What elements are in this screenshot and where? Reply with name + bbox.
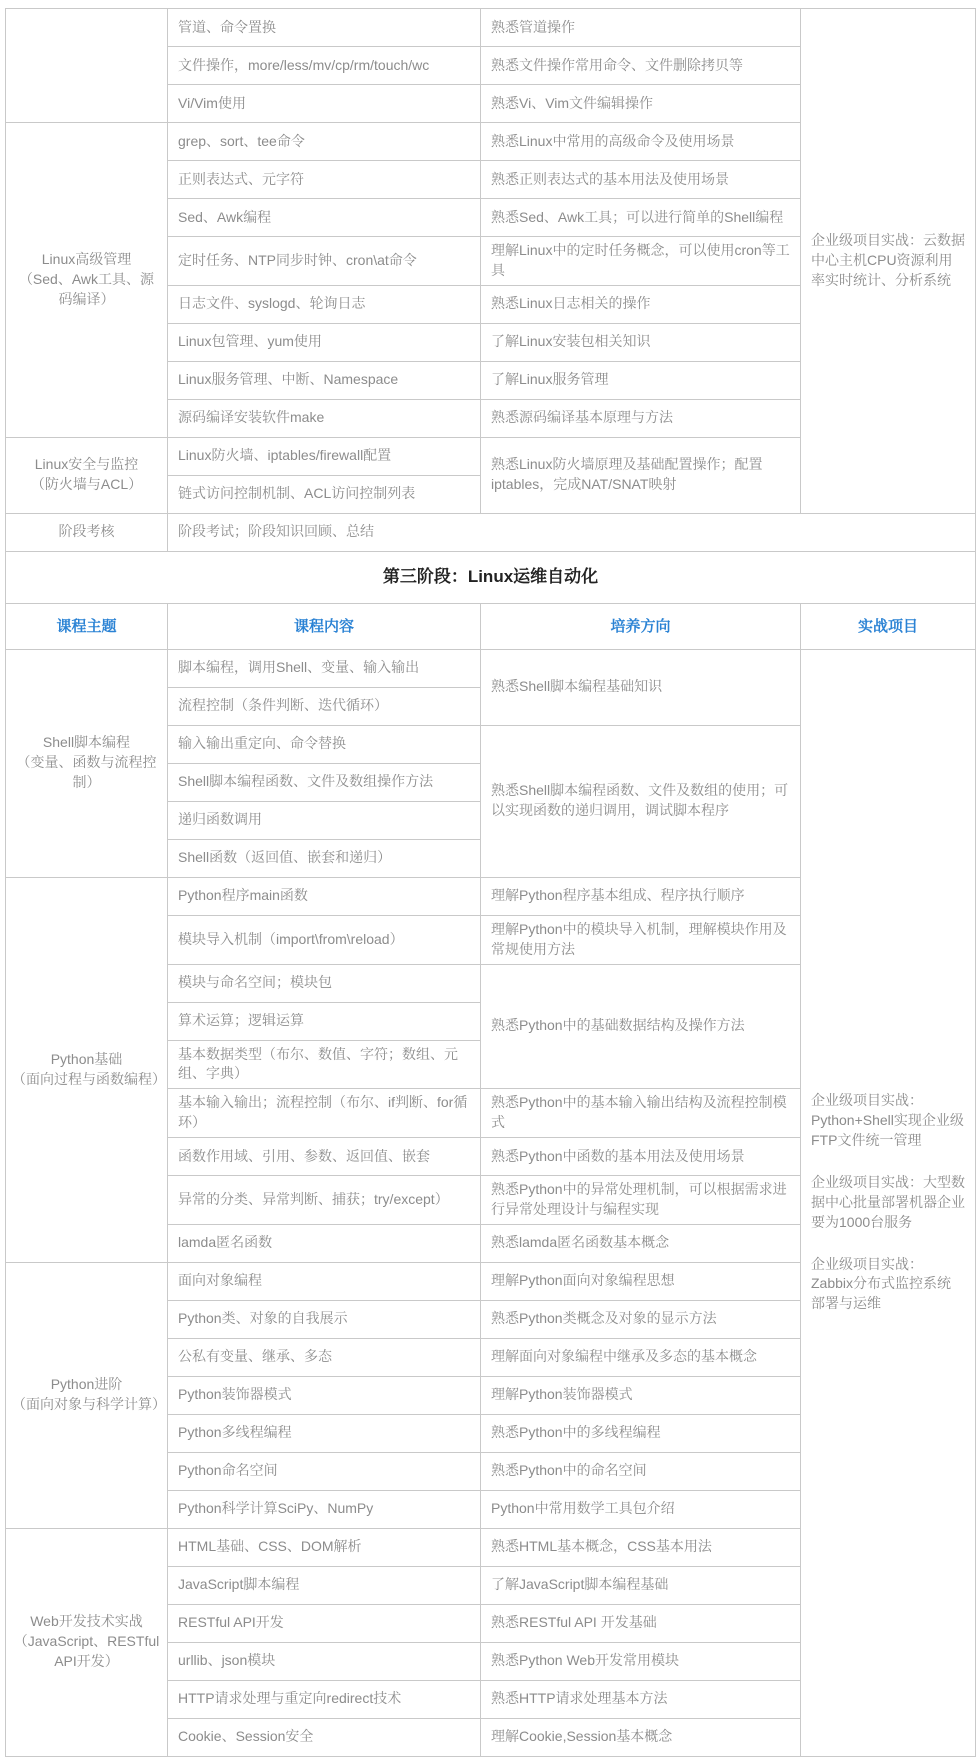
content-cell: urllib、json模块	[168, 1642, 481, 1680]
direction-cell: 熟悉RESTful API 开发基础	[481, 1604, 801, 1642]
direction-cell: 熟悉Linux日志相关的操作	[481, 285, 801, 323]
content-cell: 模块与命名空间；模块包	[168, 964, 481, 1002]
content-cell: Python程序main函数	[168, 877, 481, 915]
content-cell: 基本输入输出；流程控制（布尔、if判断、for循环）	[168, 1089, 481, 1138]
project-item: 企业级项目实战：大型数据中心批量部署机器企业要为1000台服务	[811, 1173, 965, 1233]
direction-cell: 熟悉Linux中常用的高级命令及使用场景	[481, 123, 801, 161]
project-item: 企业级项目实战：Python+Shell实现企业级FTP文件统一管理	[811, 1091, 965, 1151]
content-cell: Python装饰器模式	[168, 1376, 481, 1414]
direction-cell: 熟悉Python中的基础数据结构及操作方法	[481, 964, 801, 1089]
column-header-content: 课程内容	[168, 603, 481, 649]
direction-cell: 熟悉Linux防火墙原理及基础配置操作；配置iptables，完成NAT/SNA…	[481, 437, 801, 513]
content-cell: 输入输出重定向、命令替换	[168, 725, 481, 763]
topic-name: Shell脚本编程	[12, 733, 161, 753]
column-header-topic: 课程主题	[6, 603, 168, 649]
direction-cell: 熟悉Python中的多线程编程	[481, 1414, 801, 1452]
direction-cell: 熟悉源码编译基本原理与方法	[481, 399, 801, 437]
topic-name: Linux高级管理	[12, 250, 161, 270]
topic-sub: （防火墙与ACL）	[12, 475, 161, 495]
topic-name: Web开发技术实战	[12, 1612, 161, 1632]
topic-cell: Python基础（面向过程与函数编程）	[6, 877, 168, 1262]
stage-title: 第三阶段：Linux运维自动化	[6, 551, 976, 603]
topic-cell: Python进阶（面向对象与科学计算）	[6, 1262, 168, 1528]
content-cell: RESTful API开发	[168, 1604, 481, 1642]
content-cell: 面向对象编程	[168, 1262, 481, 1300]
direction-cell: 熟悉Python Web开发常用模块	[481, 1642, 801, 1680]
topic-cell: Linux高级管理（Sed、Awk工具、源码编译）	[6, 123, 168, 438]
direction-cell: 理解Python中的模块导入机制，理解模块作用及常规使用方法	[481, 915, 801, 964]
column-header-direction: 培养方向	[481, 603, 801, 649]
topic-sub: （Sed、Awk工具、源码编译）	[12, 270, 161, 310]
topic-cell: Web开发技术实战（JavaScript、RESTful API开发）	[6, 1528, 168, 1756]
direction-cell: 理解面向对象编程中继承及多态的基本概念	[481, 1338, 801, 1376]
assessment-topic-cell: 阶段考核	[6, 513, 168, 551]
content-cell: Python类、对象的自我展示	[168, 1300, 481, 1338]
content-cell: 脚本编程，调用Shell、变量、输入输出	[168, 649, 481, 687]
content-cell: HTML基础、CSS、DOM解析	[168, 1528, 481, 1566]
content-cell: 流程控制（条件判断、迭代循环）	[168, 687, 481, 725]
direction-cell: 理解Cookie,Session基本概念	[481, 1718, 801, 1756]
content-cell: 算术运算；逻辑运算	[168, 1002, 481, 1040]
content-cell: 定时任务、NTP同步时钟、cron\at命令	[168, 237, 481, 286]
direction-cell: 了解Linux服务管理	[481, 361, 801, 399]
content-cell: Vi/Vim使用	[168, 85, 481, 123]
content-cell: Cookie、Session安全	[168, 1718, 481, 1756]
direction-cell: 熟悉Python中函数的基本用法及使用场景	[481, 1138, 801, 1176]
direction-cell: 熟悉Shell脚本编程函数、文件及数组的使用；可以实现函数的递归调用，调试脚本程…	[481, 725, 801, 877]
topic-name: Linux安全与监控	[12, 455, 161, 475]
column-header-row: 课程主题课程内容培养方向实战项目	[6, 603, 976, 649]
direction-cell: 熟悉Shell脚本编程基础知识	[481, 649, 801, 725]
direction-cell: 理解Python程序基本组成、程序执行顺序	[481, 877, 801, 915]
direction-cell: 理解Python装饰器模式	[481, 1376, 801, 1414]
content-cell: 源码编译安装软件make	[168, 399, 481, 437]
assessment-row: 阶段考核阶段考试；阶段知识回顾、总结	[6, 513, 976, 551]
content-cell: Python科学计算SciPy、NumPy	[168, 1490, 481, 1528]
direction-cell: 理解Linux中的定时任务概念，可以使用cron等工具	[481, 237, 801, 286]
assessment-content-cell: 阶段考试；阶段知识回顾、总结	[168, 513, 976, 551]
direction-cell: 了解Linux安装包相关知识	[481, 323, 801, 361]
content-cell: grep、sort、tee命令	[168, 123, 481, 161]
direction-cell: 熟悉管道操作	[481, 9, 801, 47]
content-cell: 异常的分类、异常判断、捕获；try/except）	[168, 1176, 481, 1225]
content-cell: Sed、Awk编程	[168, 199, 481, 237]
topic-cell: Shell脚本编程（变量、函数与流程控制）	[6, 649, 168, 877]
topic-sub: （面向对象与科学计算）	[12, 1395, 161, 1415]
topic-name: Python基础	[12, 1050, 161, 1070]
content-cell: Linux包管理、yum使用	[168, 323, 481, 361]
topic-sub: （面向过程与函数编程）	[12, 1070, 161, 1090]
content-cell: Python命名空间	[168, 1452, 481, 1490]
direction-cell: 熟悉Sed、Awk工具；可以进行简单的Shell编程	[481, 199, 801, 237]
column-header-project: 实战项目	[801, 603, 976, 649]
project-cell: 企业级项目实战：Python+Shell实现企业级FTP文件统一管理企业级项目实…	[801, 649, 976, 1756]
content-cell: 正则表达式、元字符	[168, 161, 481, 199]
content-cell: Linux防火墙、iptables/firewall配置	[168, 437, 481, 475]
content-cell: 链式访问控制机制、ACL访问控制列表	[168, 475, 481, 513]
content-cell: 模块导入机制（import\from\reload）	[168, 915, 481, 964]
content-cell: 递归函数调用	[168, 801, 481, 839]
direction-cell: 熟悉Python类概念及对象的显示方法	[481, 1300, 801, 1338]
project-item: 企业级项目实战：Zabbix分布式监控系统部署与运维	[811, 1255, 965, 1315]
project-cell: 企业级项目实战：云数据中心主机CPU资源利用率实时统计、分析系统	[801, 9, 976, 514]
page: 管道、命令置换熟悉管道操作企业级项目实战：云数据中心主机CPU资源利用率实时统计…	[0, 0, 980, 1761]
content-cell: Linux服务管理、中断、Namespace	[168, 361, 481, 399]
curriculum-table: 管道、命令置换熟悉管道操作企业级项目实战：云数据中心主机CPU资源利用率实时统计…	[5, 8, 976, 1757]
content-cell: HTTP请求处理与重定向redirect技术	[168, 1680, 481, 1718]
content-cell: Python多线程编程	[168, 1414, 481, 1452]
direction-cell: 熟悉正则表达式的基本用法及使用场景	[481, 161, 801, 199]
direction-cell: Python中常用数学工具包介绍	[481, 1490, 801, 1528]
direction-cell: 熟悉文件操作常用命令、文件删除拷贝等	[481, 47, 801, 85]
topic-cell: Linux安全与监控（防火墙与ACL）	[6, 437, 168, 513]
content-cell: Shell函数（返回值、嵌套和递归）	[168, 839, 481, 877]
direction-cell: 熟悉HTML基本概念，CSS基本用法	[481, 1528, 801, 1566]
stage-title-row: 第三阶段：Linux运维自动化	[6, 551, 976, 603]
topic-cell	[6, 9, 168, 123]
content-cell: lamda匿名函数	[168, 1224, 481, 1262]
content-cell: 日志文件、syslogd、轮询日志	[168, 285, 481, 323]
table-row: Shell脚本编程（变量、函数与流程控制）脚本编程，调用Shell、变量、输入输…	[6, 649, 976, 687]
direction-cell: 熟悉Python中的基本输入输出结构及流程控制模式	[481, 1089, 801, 1138]
direction-cell: 了解JavaScript脚本编程基础	[481, 1566, 801, 1604]
direction-cell: 熟悉HTTP请求处理基本方法	[481, 1680, 801, 1718]
direction-cell: 熟悉Vi、Vim文件编辑操作	[481, 85, 801, 123]
direction-cell: 熟悉Python中的命名空间	[481, 1452, 801, 1490]
content-cell: 基本数据类型（布尔、数值、字符；数组、元组、字典）	[168, 1040, 481, 1089]
content-cell: 函数作用域、引用、参数、返回值、嵌套	[168, 1138, 481, 1176]
direction-cell: 熟悉lamda匿名函数基本概念	[481, 1224, 801, 1262]
topic-name: Python进阶	[12, 1375, 161, 1395]
content-cell: Shell脚本编程函数、文件及数组操作方法	[168, 763, 481, 801]
direction-cell: 理解Python面向对象编程思想	[481, 1262, 801, 1300]
content-cell: JavaScript脚本编程	[168, 1566, 481, 1604]
content-cell: 文件操作，more/less/mv/cp/rm/touch/wc	[168, 47, 481, 85]
content-cell: 公私有变量、继承、多态	[168, 1338, 481, 1376]
table-row: 管道、命令置换熟悉管道操作企业级项目实战：云数据中心主机CPU资源利用率实时统计…	[6, 9, 976, 47]
topic-sub: （变量、函数与流程控制）	[12, 753, 161, 793]
direction-cell: 熟悉Python中的异常处理机制，可以根据需求进行异常处理设计与编程实现	[481, 1176, 801, 1225]
topic-sub: （JavaScript、RESTful API开发）	[12, 1632, 161, 1672]
content-cell: 管道、命令置换	[168, 9, 481, 47]
